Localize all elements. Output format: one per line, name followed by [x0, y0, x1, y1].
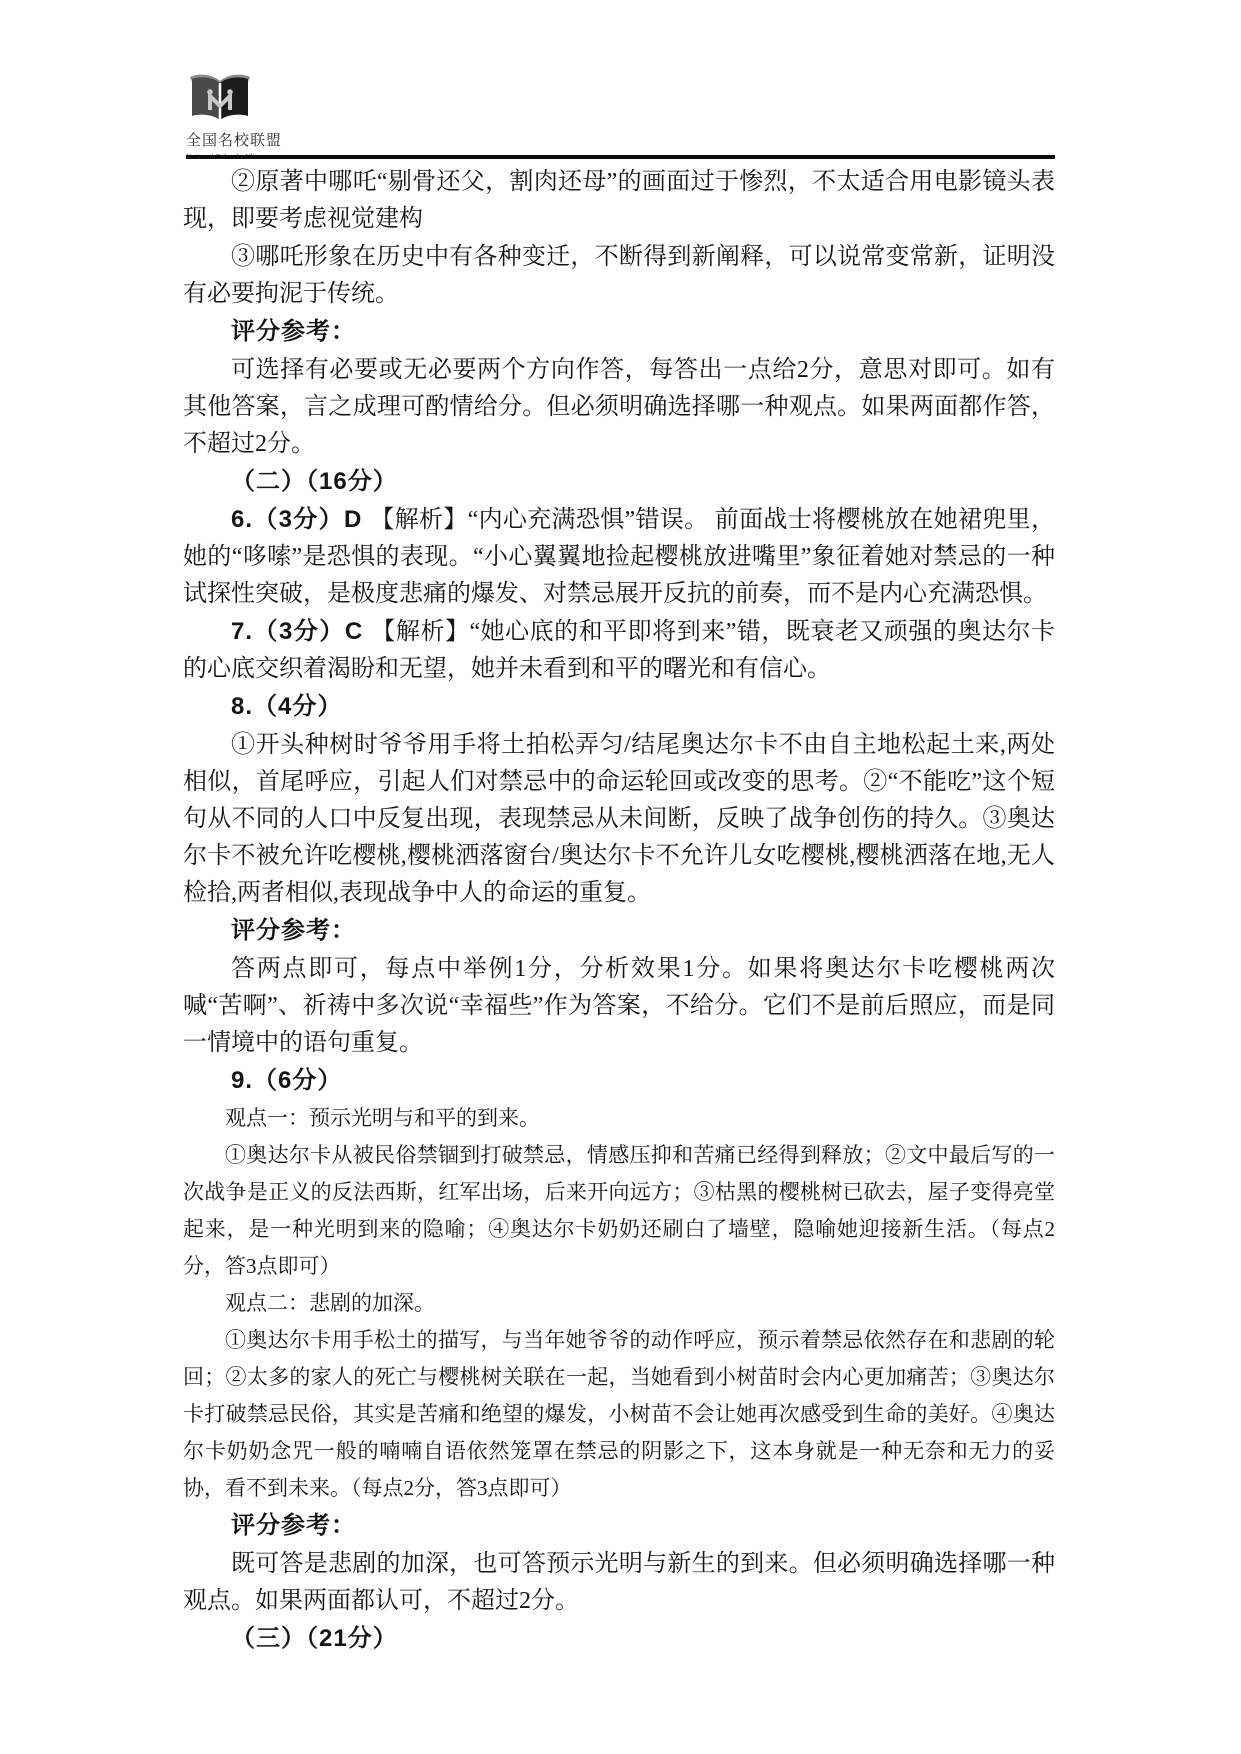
paragraph: 评分参考：: [183, 313, 1055, 351]
paragraph: ①开头种树时爷爷用手将土拍松弄匀/结尾奥达尔卡不由自主地松起土来,两处相似，首尾…: [183, 726, 1055, 912]
paragraph-bold-label: （三）（21分）: [231, 1625, 398, 1652]
paragraph-text: ①奥达尔卡用手松土的描写，与当年她爷爷的动作呼应，预示着禁忌依然存在和悲剧的轮回…: [183, 1328, 1055, 1500]
paragraph-bold-label: 6.（3分）D: [231, 506, 370, 533]
paragraph: ③哪吒形象在历史中有各种变迁，不断得到新阐释，可以说常变常新，证明没有必要拘泥于…: [183, 238, 1055, 313]
paragraph: 观点一：预示光明与和平的到来。: [183, 1100, 1055, 1137]
paragraph-text: 观点一：预示光明与和平的到来。: [225, 1106, 540, 1130]
paragraph-text: ①开头种树时爷爷用手将土拍松弄匀/结尾奥达尔卡不由自主地松起土来,两处相似，首尾…: [183, 732, 1055, 906]
paragraph: ②原著中哪吒“剔骨还父，割肉还母”的画面过于惨烈，不太适合用电影镜头表现，即要考…: [183, 163, 1055, 238]
paragraph: 既可答是悲剧的加深，也可答预示光明与新生的到来。但必须明确选择哪一种观点。如果两…: [183, 1545, 1055, 1620]
paragraph-bold-label: 评分参考：: [231, 1512, 356, 1539]
paragraph-text: 观点二：悲剧的加深。: [225, 1291, 435, 1315]
paragraph: 8.（4分）: [183, 688, 1055, 726]
paragraph-text: 答两点即可，每点中举例1分，分析效果1分。如果将奥达尔卡吃樱桃两次喊“苦啊”、祈…: [183, 956, 1055, 1056]
paragraph: 6.（3分）D 【解析】“内心充满恐惧”错误。 前面战士将樱桃放在她裙兜里，她的…: [183, 501, 1055, 613]
scanned-answer-page: 全国名校联盟 National Schools Alliance ②原著中哪吒“…: [0, 0, 1241, 1754]
paragraph-text: ②原著中哪吒“剔骨还父，割肉还母”的画面过于惨烈，不太适合用电影镜头表现，即要考…: [183, 169, 1055, 232]
paragraph-bold-label: 评分参考：: [231, 318, 356, 345]
paragraph-bold-label: （二）（16分）: [231, 468, 398, 495]
paragraph: 可选择有必要或无必要两个方向作答，每答出一点给2分，意思对即可。如有其他答案，言…: [183, 351, 1055, 463]
answer-key-content: ②原著中哪吒“剔骨还父，割肉还母”的画面过于惨烈，不太适合用电影镜头表现，即要考…: [183, 163, 1055, 1658]
paragraph: ①奥达尔卡用手松土的描写，与当年她爷爷的动作呼应，预示着禁忌依然存在和悲剧的轮回…: [183, 1322, 1055, 1507]
paragraph: 9.（6分）: [183, 1062, 1055, 1100]
paragraph: （三）（21分）: [183, 1620, 1055, 1658]
header-divider-rule: [186, 155, 1055, 159]
paragraph: 7.（3分）C 【解析】“她心底的和平即将到来”错，既衰老又顽强的奥达尔卡的心底…: [183, 613, 1055, 688]
paragraph-text: 既可答是悲剧的加深，也可答预示光明与新生的到来。但必须明确选择哪一种观点。如果两…: [183, 1551, 1055, 1614]
open-book-icon: [188, 72, 252, 128]
paragraph-text: ③哪吒形象在历史中有各种变迁，不断得到新阐释，可以说常变常新，证明没有必要拘泥于…: [183, 244, 1055, 307]
paragraph-bold-label: 9.（6分）: [231, 1067, 342, 1094]
paragraph-bold-label: 评分参考：: [231, 917, 356, 944]
paragraph: 答两点即可，每点中举例1分，分析效果1分。如果将奥达尔卡吃樱桃两次喊“苦啊”、祈…: [183, 950, 1055, 1062]
paragraph-text: ①奥达尔卡从被民俗禁锢到打破禁忌，情感压抑和苦痛已经得到释放；②文中最后写的一次…: [183, 1143, 1055, 1278]
paragraph: （二）（16分）: [183, 463, 1055, 501]
paragraph: 评分参考：: [183, 1507, 1055, 1545]
paragraph: 评分参考：: [183, 912, 1055, 950]
paragraph-bold-label: 7.（3分）C: [231, 618, 371, 645]
school-alliance-logo: 全国名校联盟 National Schools Alliance: [186, 72, 306, 161]
paragraph: 观点二：悲剧的加深。: [183, 1285, 1055, 1322]
paragraph: ①奥达尔卡从被民俗禁锢到打破禁忌，情感压抑和苦痛已经得到释放；②文中最后写的一次…: [183, 1137, 1055, 1285]
logo-org-name: 全国名校联盟: [186, 129, 306, 150]
paragraph-bold-label: 8.（4分）: [231, 693, 342, 720]
paragraph-text: 可选择有必要或无必要两个方向作答，每答出一点给2分，意思对即可。如有其他答案，言…: [183, 357, 1055, 457]
